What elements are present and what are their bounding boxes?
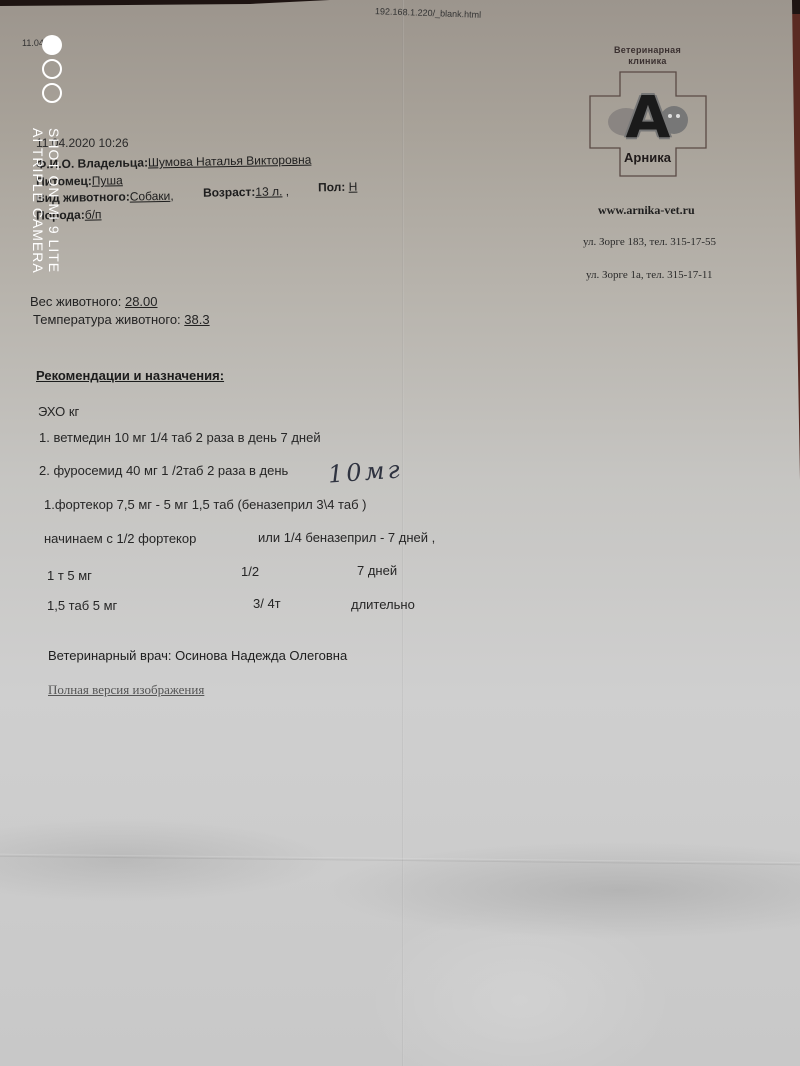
temperature-label: Температура животного:	[33, 312, 181, 327]
pet-value: Пуша	[92, 173, 123, 188]
clinic-website: www.arnika-vet.ru	[598, 203, 695, 218]
age-field: Возраст:13 л. ,	[203, 184, 289, 199]
sex-value: Н	[349, 180, 358, 194]
logo-subtitle-1: Ветеринарная	[585, 45, 710, 55]
age-label: Возраст:	[203, 185, 256, 200]
schedule-dose: 1 т 5 мг	[47, 568, 92, 583]
breed-value: б/п	[85, 207, 102, 221]
age-value: 13 л.	[255, 184, 282, 198]
paper-sheet: 192.168.1.220/_blank.html 11.04 11.04.20…	[0, 0, 800, 1066]
owner-field: Ф.И.О. Владельца:Шумова Наталья Викторов…	[36, 153, 312, 172]
sex-field: Пол: Н	[318, 180, 358, 195]
ring-icon	[42, 59, 62, 79]
clinic-logo: Ветеринарная клиника А Арника	[585, 42, 710, 182]
schedule-portion: 1/2	[241, 564, 259, 579]
ring-icon	[42, 83, 62, 103]
weight-label: Вес животного:	[30, 294, 121, 309]
full-image-link[interactable]: Полная версия изображения	[48, 682, 204, 698]
veterinarian-name: Ветеринарный врач: Осинова Надежда Олего…	[48, 648, 347, 663]
temperature-field: Температура животного: 38.3	[33, 312, 210, 327]
recommendations-heading: Рекомендации и назначения:	[36, 368, 224, 383]
print-stamp-date: 11.04	[22, 38, 44, 48]
logo-clinic-name: Арника	[585, 150, 710, 165]
recommendation-line: или 1/4 беназеприл - 7 дней ,	[258, 530, 435, 545]
clinic-address: ул. Зорге 183, тел. 315-17-55	[583, 236, 716, 248]
temperature-value: 38.3	[184, 312, 209, 327]
schedule-portion: 3/ 4т	[253, 596, 281, 611]
recommendation-line: 1.фортекор 7,5 мг - 5 мг 1,5 таб (беназе…	[44, 497, 367, 512]
weight-field: Вес животного: 28.00	[30, 294, 158, 309]
logo-subtitle-2: клиника	[585, 56, 710, 66]
handwritten-note: 10мг	[327, 455, 403, 488]
recommendation-line: 1. ветмедин 10 мг 1/4 таб 2 раза в день …	[39, 430, 321, 445]
watermark-line-1: SHOT ON MI 9 LITE	[46, 128, 62, 273]
owner-value: Шумова Наталья Викторовна	[148, 153, 312, 170]
camera-watermark-text: SHOT ON MI 9 LITE AI TRIPLE CAMERA	[30, 128, 62, 274]
clinic-address: ул. Зорге 1а, тел. 315-17-11	[586, 269, 713, 281]
fold-crease-horizontal	[0, 854, 800, 865]
schedule-duration: 7 дней	[357, 563, 397, 578]
weight-value: 28.00	[125, 294, 158, 309]
camera-watermark-logo	[42, 35, 66, 107]
print-url: 192.168.1.220/_blank.html	[375, 6, 481, 20]
schedule-duration: длительно	[351, 597, 415, 612]
schedule-dose: 1,5 таб 5 мг	[47, 598, 117, 613]
recommendation-line: ЭХО кг	[38, 404, 79, 419]
filled-circle-icon	[42, 35, 62, 55]
species-value: Собаки	[130, 189, 171, 204]
logo-letter: А	[613, 88, 683, 146]
recommendation-line: начинаем с 1/2 фортекор	[44, 531, 196, 546]
recommendation-line: 2. фуросемид 40 мг 1 /2таб 2 раза в день	[39, 463, 288, 478]
sex-label: Пол:	[318, 180, 346, 194]
watermark-line-2: AI TRIPLE CAMERA	[30, 128, 46, 274]
